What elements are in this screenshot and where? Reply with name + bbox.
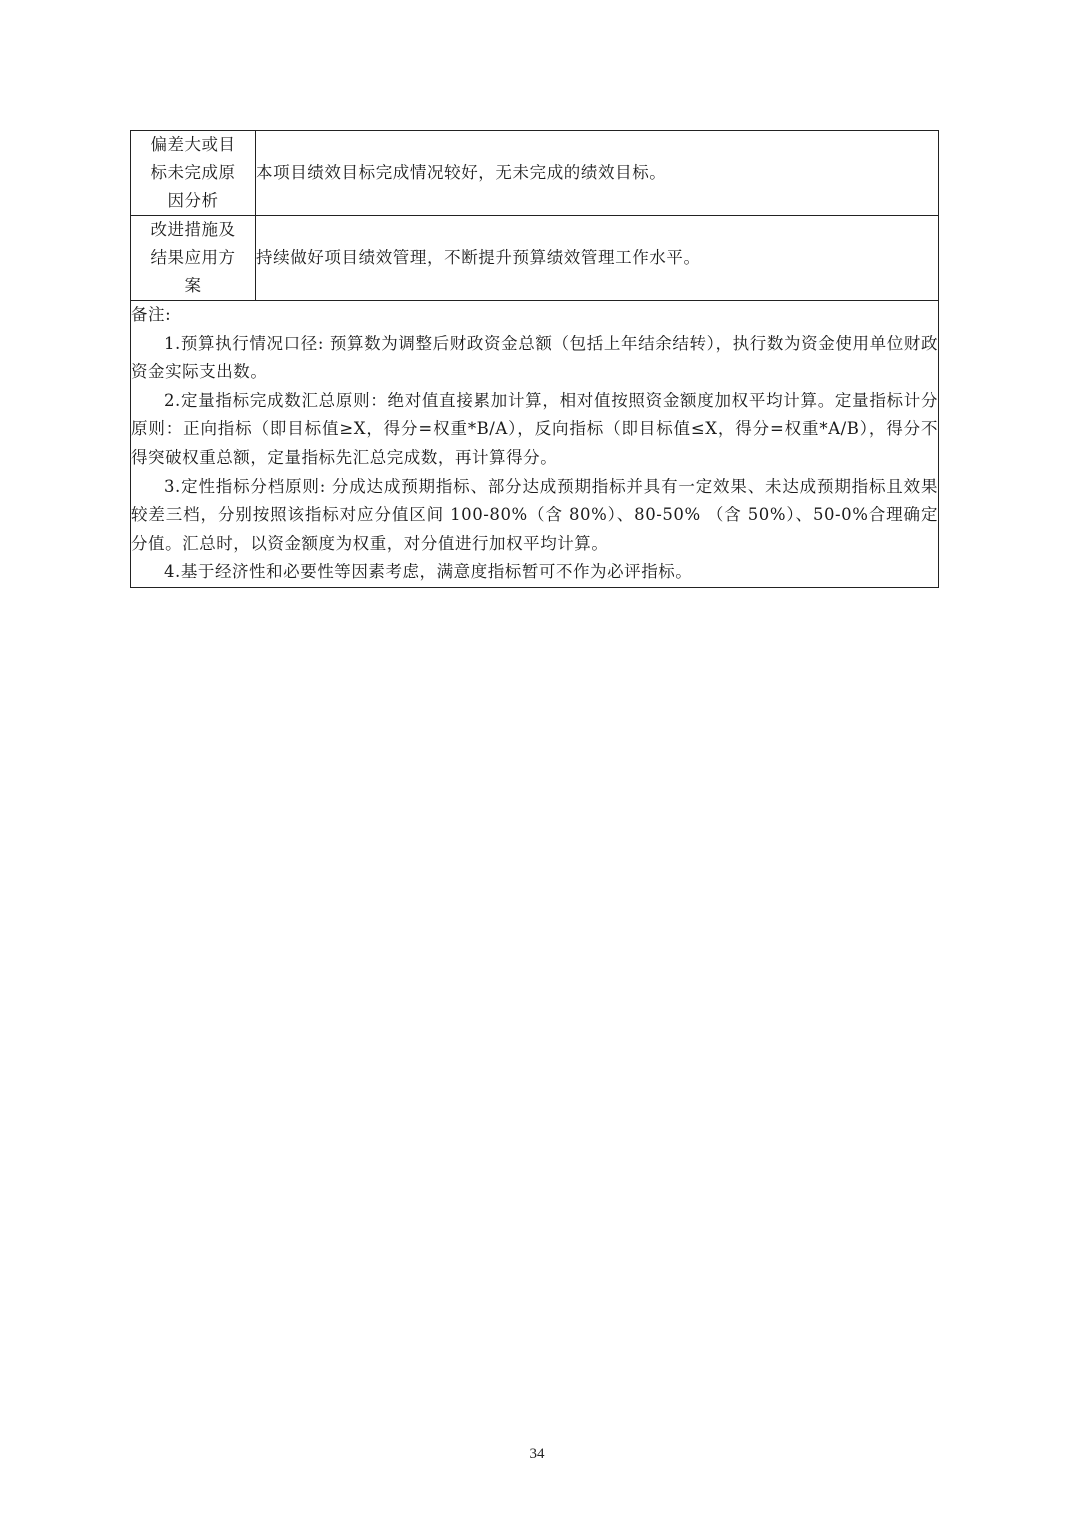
row-label-improvement-plan: 改进措施及 结果应用方 案 bbox=[131, 216, 256, 301]
label-line: 案 bbox=[131, 272, 255, 300]
row-label-deviation-analysis: 偏差大或目 标未完成原 因分析 bbox=[131, 131, 256, 216]
note-item-4: 4.基于经济性和必要性等因素考虑，满意度指标暂可不作为必评指标。 bbox=[131, 558, 938, 587]
table-row-notes: 备注: 1.预算执行情况口径: 预算数为调整后财政资金总额（包括上年结余结转），… bbox=[131, 301, 939, 588]
table-row-deviation-analysis: 偏差大或目 标未完成原 因分析 本项目绩效目标完成情况较好，无未完成的绩效目标。 bbox=[131, 131, 939, 216]
document-page: 偏差大或目 标未完成原 因分析 本项目绩效目标完成情况较好，无未完成的绩效目标。… bbox=[0, 0, 1074, 1520]
note-item-3: 3.定性指标分档原则: 分成达成预期指标、部分达成预期指标并具有一定效果、未达成… bbox=[131, 473, 938, 559]
note-item-1: 1.预算执行情况口径: 预算数为调整后财政资金总额（包括上年结余结转），执行数为… bbox=[131, 330, 938, 387]
label-line: 改进措施及 bbox=[131, 216, 255, 244]
page-number: 34 bbox=[0, 1446, 1074, 1463]
label-line: 因分析 bbox=[131, 187, 255, 215]
label-line: 结果应用方 bbox=[131, 244, 255, 272]
table-row-improvement-plan: 改进措施及 结果应用方 案 持续做好项目绩效管理，不断提升预算绩效管理工作水平。 bbox=[131, 216, 939, 301]
row-value-deviation-analysis: 本项目绩效目标完成情况较好，无未完成的绩效目标。 bbox=[256, 131, 939, 216]
notes-cell: 备注: 1.预算执行情况口径: 预算数为调整后财政资金总额（包括上年结余结转），… bbox=[131, 301, 939, 588]
notes-title: 备注: bbox=[131, 301, 938, 330]
row-value-improvement-plan: 持续做好项目绩效管理，不断提升预算绩效管理工作水平。 bbox=[256, 216, 939, 301]
note-item-2: 2.定量指标完成数汇总原则：绝对值直接累加计算，相对值按照资金额度加权平均计算。… bbox=[131, 387, 938, 473]
performance-evaluation-table: 偏差大或目 标未完成原 因分析 本项目绩效目标完成情况较好，无未完成的绩效目标。… bbox=[130, 130, 939, 588]
label-line: 偏差大或目 bbox=[131, 131, 255, 159]
label-line: 标未完成原 bbox=[131, 159, 255, 187]
